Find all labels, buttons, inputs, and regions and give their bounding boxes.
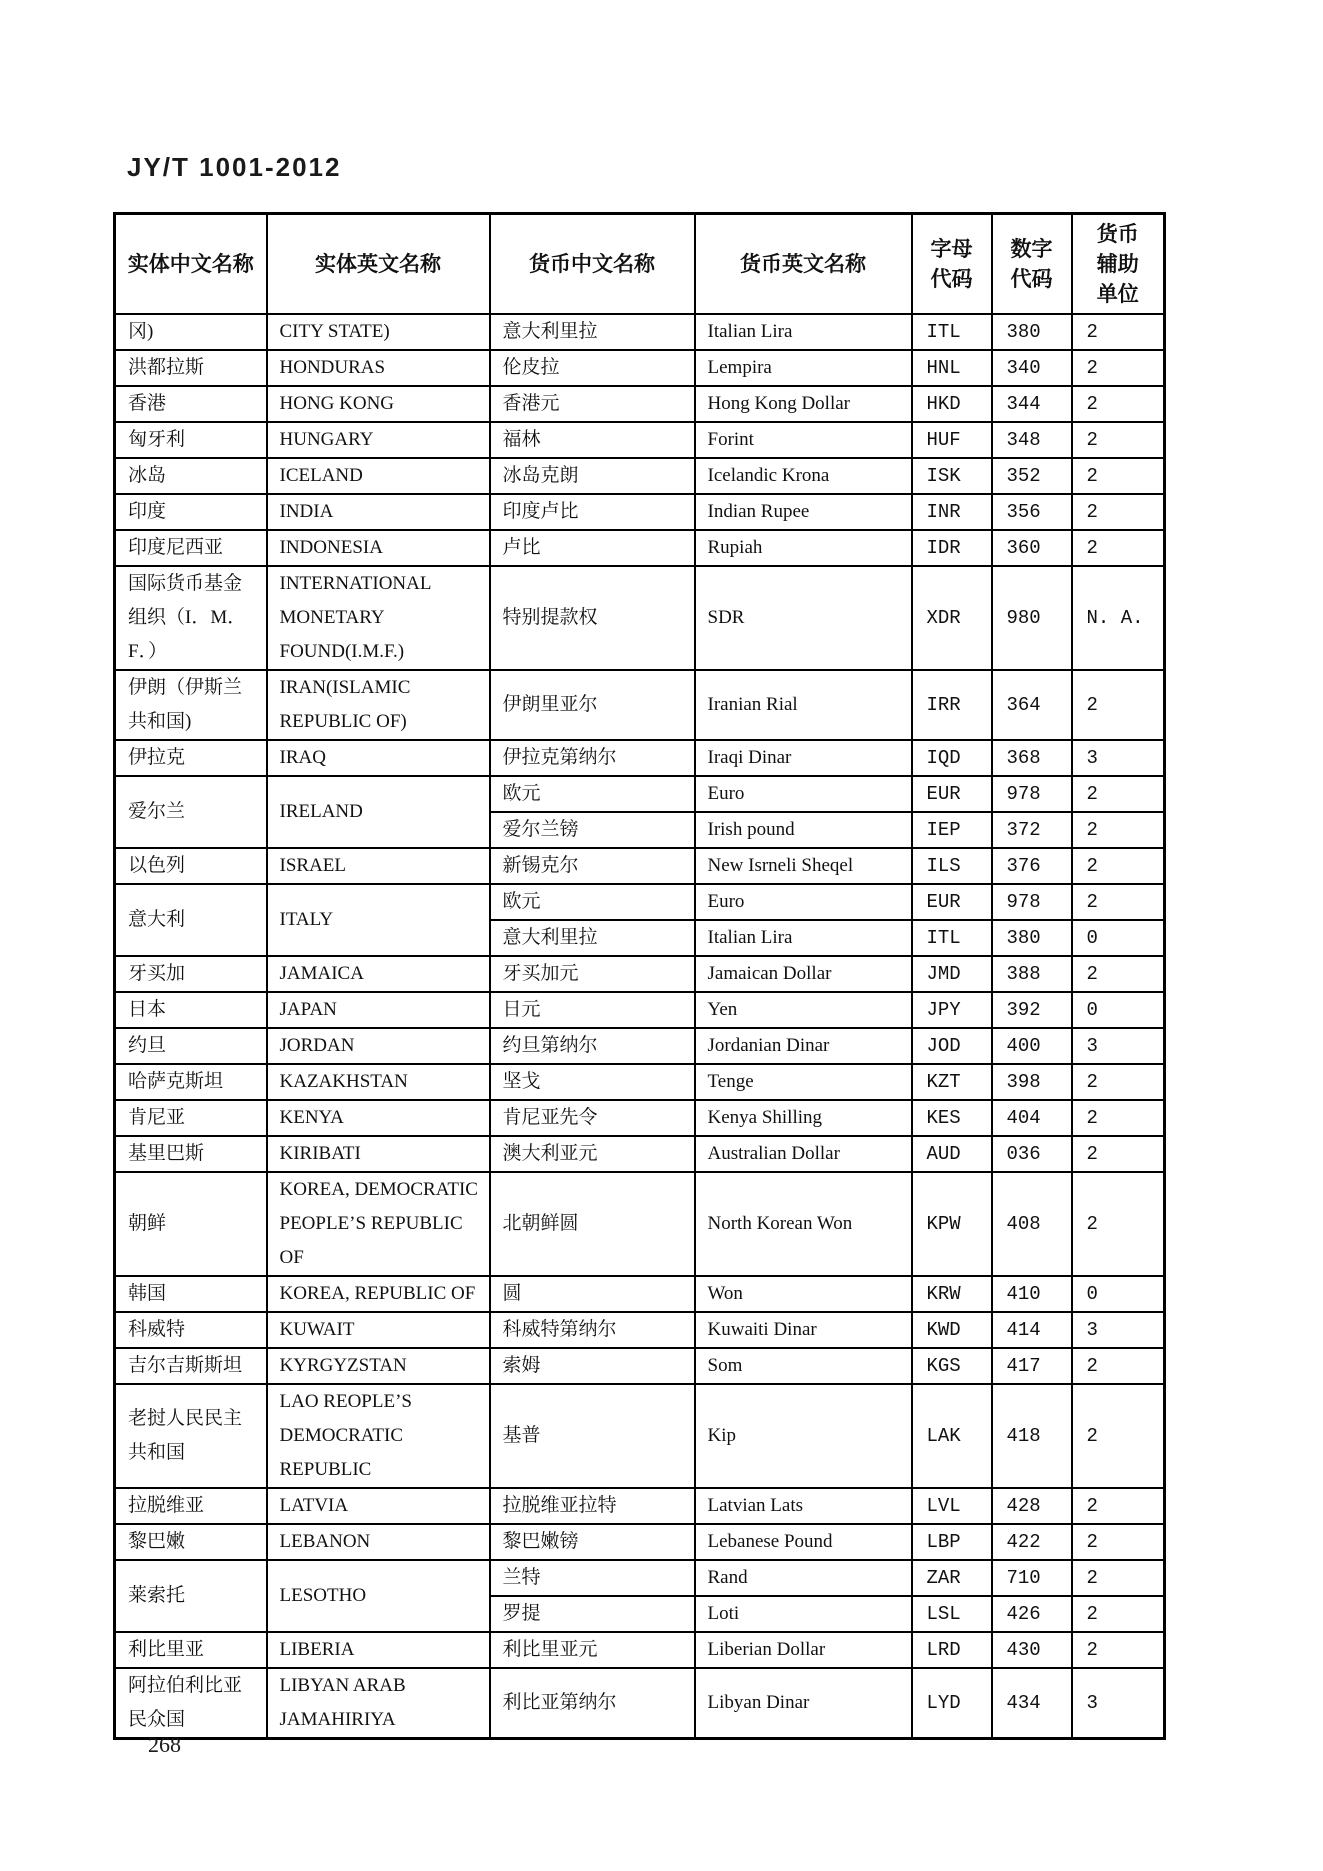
- entity-cn-cell: 约旦: [115, 1028, 267, 1064]
- entity-en-cell: JORDAN: [267, 1028, 490, 1064]
- currency-en-cell: Indian Rupee: [695, 494, 912, 530]
- currency-en-cell: Irish pound: [695, 812, 912, 848]
- currency-en-cell: New Isrneli Sheqel: [695, 848, 912, 884]
- alpha-code-cell: ISK: [912, 458, 992, 494]
- entity-cn-cell: 科威特: [115, 1312, 267, 1348]
- numeric-code-cell: 426: [992, 1596, 1072, 1632]
- alpha-code-cell: IEP: [912, 812, 992, 848]
- table-row: 牙买加JAMAICA牙买加元Jamaican DollarJMD3882: [115, 956, 1165, 992]
- entity-cn-cell: 匈牙利: [115, 422, 267, 458]
- minor-unit-cell: 2: [1072, 1524, 1165, 1560]
- numeric-code-cell: 364: [992, 670, 1072, 740]
- minor-unit-cell: 2: [1072, 530, 1165, 566]
- currency-en-cell: Italian Lira: [695, 314, 912, 350]
- numeric-code-cell: 422: [992, 1524, 1072, 1560]
- alpha-code-cell: LRD: [912, 1632, 992, 1668]
- alpha-code-cell: JPY: [912, 992, 992, 1028]
- entity-cn-cell: 黎巴嫩: [115, 1524, 267, 1560]
- entity-en-cell: ISRAEL: [267, 848, 490, 884]
- numeric-code-cell: 372: [992, 812, 1072, 848]
- numeric-code-cell: 360: [992, 530, 1072, 566]
- numeric-code-cell: 376: [992, 848, 1072, 884]
- page-number: 268: [148, 1732, 181, 1758]
- minor-unit-cell: 3: [1072, 740, 1165, 776]
- table-row: 印度INDIA印度卢比Indian RupeeINR3562: [115, 494, 1165, 530]
- table-row: 伊拉克IRAQ伊拉克第纳尔Iraqi DinarIQD3683: [115, 740, 1165, 776]
- alpha-code-cell: IQD: [912, 740, 992, 776]
- minor-unit-cell: 3: [1072, 1668, 1165, 1739]
- currency-cn-cell: 卢比: [490, 530, 695, 566]
- column-header: 实体英文名称: [267, 214, 490, 315]
- alpha-code-cell: KGS: [912, 1348, 992, 1384]
- currency-cn-cell: 圆: [490, 1276, 695, 1312]
- alpha-code-cell: IRR: [912, 670, 992, 740]
- document-page: JY/T 1001-2012 实体中文名称实体英文名称货币中文名称货币英文名称字…: [0, 0, 1323, 1871]
- table-row: 吉尔吉斯斯坦KYRGYZSTAN索姆SomKGS4172: [115, 1348, 1165, 1384]
- currency-cn-cell: 罗提: [490, 1596, 695, 1632]
- currency-en-cell: Euro: [695, 884, 912, 920]
- numeric-code-cell: 344: [992, 386, 1072, 422]
- currency-en-cell: Yen: [695, 992, 912, 1028]
- table-header-row: 实体中文名称实体英文名称货币中文名称货币英文名称字母 代码数字 代码货币 辅助 …: [115, 214, 1165, 315]
- entity-en-cell: IRELAND: [267, 776, 490, 848]
- currency-cn-cell: 澳大利亚元: [490, 1136, 695, 1172]
- entity-en-cell: KOREA, DEMOCRATIC PEOPLE’S REPUBLIC OF: [267, 1172, 490, 1276]
- entity-cn-cell: 牙买加: [115, 956, 267, 992]
- column-header: 实体中文名称: [115, 214, 267, 315]
- numeric-code-cell: 036: [992, 1136, 1072, 1172]
- doc-code: JY/T 1001-2012: [127, 152, 341, 183]
- table-row: 阿拉伯利比亚 民众国LIBYAN ARAB JAMAHIRIYA利比亚第纳尔Li…: [115, 1668, 1165, 1739]
- alpha-code-cell: KZT: [912, 1064, 992, 1100]
- entity-cn-cell: 哈萨克斯坦: [115, 1064, 267, 1100]
- numeric-code-cell: 978: [992, 776, 1072, 812]
- alpha-code-cell: LBP: [912, 1524, 992, 1560]
- alpha-code-cell: AUD: [912, 1136, 992, 1172]
- alpha-code-cell: EUR: [912, 776, 992, 812]
- numeric-code-cell: 418: [992, 1384, 1072, 1488]
- alpha-code-cell: JOD: [912, 1028, 992, 1064]
- entity-en-cell: LESOTHO: [267, 1560, 490, 1632]
- entity-cn-cell: 印度尼西亚: [115, 530, 267, 566]
- currency-en-cell: Lempira: [695, 350, 912, 386]
- table-row: 约旦JORDAN约旦第纳尔Jordanian DinarJOD4003: [115, 1028, 1165, 1064]
- minor-unit-cell: 2: [1072, 1596, 1165, 1632]
- alpha-code-cell: ILS: [912, 848, 992, 884]
- minor-unit-cell: 2: [1072, 458, 1165, 494]
- column-header: 货币英文名称: [695, 214, 912, 315]
- currency-cn-cell: 伊拉克第纳尔: [490, 740, 695, 776]
- table-row: 朝鲜KOREA, DEMOCRATIC PEOPLE’S REPUBLIC OF…: [115, 1172, 1165, 1276]
- currency-en-cell: Liberian Dollar: [695, 1632, 912, 1668]
- numeric-code-cell: 400: [992, 1028, 1072, 1064]
- currency-en-cell: Loti: [695, 1596, 912, 1632]
- currency-cn-cell: 利比亚第纳尔: [490, 1668, 695, 1739]
- currency-cn-cell: 约旦第纳尔: [490, 1028, 695, 1064]
- currency-cn-cell: 利比里亚元: [490, 1632, 695, 1668]
- minor-unit-cell: 2: [1072, 1172, 1165, 1276]
- currency-cn-cell: 伊朗里亚尔: [490, 670, 695, 740]
- table-row: 匈牙利HUNGARY福林ForintHUF3482: [115, 422, 1165, 458]
- currency-en-cell: Rupiah: [695, 530, 912, 566]
- currency-en-cell: Jordanian Dinar: [695, 1028, 912, 1064]
- entity-cn-cell: 肯尼亚: [115, 1100, 267, 1136]
- entity-cn-cell: 意大利: [115, 884, 267, 956]
- entity-cn-cell: 基里巴斯: [115, 1136, 267, 1172]
- entity-cn-cell: 香港: [115, 386, 267, 422]
- column-header: 货币中文名称: [490, 214, 695, 315]
- currency-cn-cell: 意大利里拉: [490, 314, 695, 350]
- minor-unit-cell: 2: [1072, 1100, 1165, 1136]
- currency-en-cell: Hong Kong Dollar: [695, 386, 912, 422]
- minor-unit-cell: 2: [1072, 1488, 1165, 1524]
- table-row: 印度尼西亚INDONESIA卢比RupiahIDR3602: [115, 530, 1165, 566]
- column-header: 货币 辅助 单位: [1072, 214, 1165, 315]
- entity-cn-cell: 冈): [115, 314, 267, 350]
- table-row: 香港HONG KONG香港元Hong Kong DollarHKD3442: [115, 386, 1165, 422]
- table-row: 黎巴嫩LEBANON黎巴嫩镑Lebanese PoundLBP4222: [115, 1524, 1165, 1560]
- numeric-code-cell: 392: [992, 992, 1072, 1028]
- entity-cn-cell: 洪都拉斯: [115, 350, 267, 386]
- alpha-code-cell: XDR: [912, 566, 992, 670]
- entity-en-cell: KENYA: [267, 1100, 490, 1136]
- currency-en-cell: Forint: [695, 422, 912, 458]
- entity-en-cell: KOREA, REPUBLIC OF: [267, 1276, 490, 1312]
- entity-cn-cell: 印度: [115, 494, 267, 530]
- alpha-code-cell: HNL: [912, 350, 992, 386]
- table-row: 爱尔兰IRELAND欧元EuroEUR9782: [115, 776, 1165, 812]
- currency-en-cell: Iranian Rial: [695, 670, 912, 740]
- currency-cn-cell: 伦皮拉: [490, 350, 695, 386]
- currency-en-cell: Icelandic Krona: [695, 458, 912, 494]
- entity-en-cell: LATVIA: [267, 1488, 490, 1524]
- numeric-code-cell: 368: [992, 740, 1072, 776]
- entity-en-cell: CITY STATE): [267, 314, 490, 350]
- minor-unit-cell: N. A.: [1072, 566, 1165, 670]
- alpha-code-cell: KWD: [912, 1312, 992, 1348]
- minor-unit-cell: 3: [1072, 1312, 1165, 1348]
- table-row: 利比里亚LIBERIA利比里亚元Liberian DollarLRD4302: [115, 1632, 1165, 1668]
- currency-en-cell: Kenya Shilling: [695, 1100, 912, 1136]
- currency-cn-cell: 索姆: [490, 1348, 695, 1384]
- numeric-code-cell: 710: [992, 1560, 1072, 1596]
- currency-en-cell: Tenge: [695, 1064, 912, 1100]
- currency-en-cell: Jamaican Dollar: [695, 956, 912, 992]
- entity-en-cell: KUWAIT: [267, 1312, 490, 1348]
- currency-cn-cell: 北朝鲜圆: [490, 1172, 695, 1276]
- numeric-code-cell: 410: [992, 1276, 1072, 1312]
- currency-en-cell: Rand: [695, 1560, 912, 1596]
- numeric-code-cell: 398: [992, 1064, 1072, 1100]
- minor-unit-cell: 2: [1072, 956, 1165, 992]
- entity-en-cell: HONG KONG: [267, 386, 490, 422]
- entity-cn-cell: 朝鲜: [115, 1172, 267, 1276]
- minor-unit-cell: 0: [1072, 992, 1165, 1028]
- minor-unit-cell: 2: [1072, 314, 1165, 350]
- currency-en-cell: Kuwaiti Dinar: [695, 1312, 912, 1348]
- numeric-code-cell: 340: [992, 350, 1072, 386]
- minor-unit-cell: 2: [1072, 1348, 1165, 1384]
- currency-cn-cell: 基普: [490, 1384, 695, 1488]
- entity-cn-cell: 国际货币基金 组织（I．M． F．）: [115, 566, 267, 670]
- entity-cn-cell: 莱索托: [115, 1560, 267, 1632]
- table-row: 基里巴斯KIRIBATI澳大利亚元Australian DollarAUD036…: [115, 1136, 1165, 1172]
- numeric-code-cell: 980: [992, 566, 1072, 670]
- entity-en-cell: JAPAN: [267, 992, 490, 1028]
- entity-cn-cell: 韩国: [115, 1276, 267, 1312]
- currency-cn-cell: 特别提款权: [490, 566, 695, 670]
- currency-en-cell: Italian Lira: [695, 920, 912, 956]
- table-row: 冈)CITY STATE)意大利里拉Italian LiraITL3802: [115, 314, 1165, 350]
- entity-en-cell: INTERNATIONAL MONETARY FOUND(I.M.F.): [267, 566, 490, 670]
- numeric-code-cell: 380: [992, 314, 1072, 350]
- table-row: 韩国KOREA, REPUBLIC OF圆WonKRW4100: [115, 1276, 1165, 1312]
- minor-unit-cell: 2: [1072, 1560, 1165, 1596]
- entity-en-cell: IRAN(ISLAMIC REPUBLIC OF): [267, 670, 490, 740]
- alpha-code-cell: LYD: [912, 1668, 992, 1739]
- entity-en-cell: LIBYAN ARAB JAMAHIRIYA: [267, 1668, 490, 1739]
- minor-unit-cell: 2: [1072, 386, 1165, 422]
- numeric-code-cell: 380: [992, 920, 1072, 956]
- currency-en-cell: Euro: [695, 776, 912, 812]
- alpha-code-cell: KES: [912, 1100, 992, 1136]
- entity-cn-cell: 以色列: [115, 848, 267, 884]
- entity-cn-cell: 老挝人民民主 共和国: [115, 1384, 267, 1488]
- entity-en-cell: KYRGYZSTAN: [267, 1348, 490, 1384]
- entity-en-cell: HONDURAS: [267, 350, 490, 386]
- alpha-code-cell: ZAR: [912, 1560, 992, 1596]
- minor-unit-cell: 2: [1072, 670, 1165, 740]
- entity-en-cell: ITALY: [267, 884, 490, 956]
- entity-en-cell: INDIA: [267, 494, 490, 530]
- alpha-code-cell: LAK: [912, 1384, 992, 1488]
- entity-en-cell: INDONESIA: [267, 530, 490, 566]
- currency-en-cell: Iraqi Dinar: [695, 740, 912, 776]
- entity-en-cell: LEBANON: [267, 1524, 490, 1560]
- alpha-code-cell: LVL: [912, 1488, 992, 1524]
- numeric-code-cell: 414: [992, 1312, 1072, 1348]
- currency-cn-cell: 福林: [490, 422, 695, 458]
- currency-cn-cell: 肯尼亚先令: [490, 1100, 695, 1136]
- numeric-code-cell: 430: [992, 1632, 1072, 1668]
- column-header: 数字 代码: [992, 214, 1072, 315]
- table-row: 以色列ISRAEL新锡克尔New Isrneli SheqelILS3762: [115, 848, 1165, 884]
- alpha-code-cell: ITL: [912, 920, 992, 956]
- alpha-code-cell: KPW: [912, 1172, 992, 1276]
- minor-unit-cell: 2: [1072, 422, 1165, 458]
- alpha-code-cell: LSL: [912, 1596, 992, 1632]
- minor-unit-cell: 0: [1072, 1276, 1165, 1312]
- currency-cn-cell: 牙买加元: [490, 956, 695, 992]
- entity-en-cell: LAO REOPLE’S DEMOCRATIC REPUBLIC: [267, 1384, 490, 1488]
- currency-cn-cell: 日元: [490, 992, 695, 1028]
- numeric-code-cell: 352: [992, 458, 1072, 494]
- minor-unit-cell: 2: [1072, 884, 1165, 920]
- alpha-code-cell: INR: [912, 494, 992, 530]
- entity-cn-cell: 吉尔吉斯斯坦: [115, 1348, 267, 1384]
- entity-en-cell: ICELAND: [267, 458, 490, 494]
- numeric-code-cell: 408: [992, 1172, 1072, 1276]
- entity-cn-cell: 拉脱维亚: [115, 1488, 267, 1524]
- alpha-code-cell: KRW: [912, 1276, 992, 1312]
- currency-en-cell: Kip: [695, 1384, 912, 1488]
- minor-unit-cell: 2: [1072, 1136, 1165, 1172]
- currency-en-cell: Libyan Dinar: [695, 1668, 912, 1739]
- minor-unit-cell: 2: [1072, 1632, 1165, 1668]
- currency-cn-cell: 拉脱维亚拉特: [490, 1488, 695, 1524]
- alpha-code-cell: JMD: [912, 956, 992, 992]
- entity-cn-cell: 日本: [115, 992, 267, 1028]
- table-row: 老挝人民民主 共和国LAO REOPLE’S DEMOCRATIC REPUBL…: [115, 1384, 1165, 1488]
- entity-en-cell: HUNGARY: [267, 422, 490, 458]
- table-row: 拉脱维亚LATVIA拉脱维亚拉特Latvian LatsLVL4282: [115, 1488, 1165, 1524]
- currency-cn-cell: 兰特: [490, 1560, 695, 1596]
- minor-unit-cell: 3: [1072, 1028, 1165, 1064]
- table-row: 洪都拉斯HONDURAS伦皮拉LempiraHNL3402: [115, 350, 1165, 386]
- entity-cn-cell: 冰岛: [115, 458, 267, 494]
- alpha-code-cell: HUF: [912, 422, 992, 458]
- minor-unit-cell: 2: [1072, 350, 1165, 386]
- table-row: 伊朗（伊斯兰 共和国)IRAN(ISLAMIC REPUBLIC OF)伊朗里亚…: [115, 670, 1165, 740]
- numeric-code-cell: 404: [992, 1100, 1072, 1136]
- alpha-code-cell: HKD: [912, 386, 992, 422]
- alpha-code-cell: IDR: [912, 530, 992, 566]
- table-row: 日本JAPAN日元YenJPY3920: [115, 992, 1165, 1028]
- table-row: 莱索托LESOTHO兰特RandZAR7102: [115, 1560, 1165, 1596]
- minor-unit-cell: 2: [1072, 1064, 1165, 1100]
- currency-cn-cell: 新锡克尔: [490, 848, 695, 884]
- numeric-code-cell: 978: [992, 884, 1072, 920]
- currency-en-cell: Won: [695, 1276, 912, 1312]
- numeric-code-cell: 428: [992, 1488, 1072, 1524]
- minor-unit-cell: 2: [1072, 494, 1165, 530]
- entity-en-cell: JAMAICA: [267, 956, 490, 992]
- currency-cn-cell: 意大利里拉: [490, 920, 695, 956]
- currency-cn-cell: 科威特第纳尔: [490, 1312, 695, 1348]
- entity-en-cell: KIRIBATI: [267, 1136, 490, 1172]
- entity-cn-cell: 爱尔兰: [115, 776, 267, 848]
- currency-cn-cell: 冰岛克朗: [490, 458, 695, 494]
- table-row: 冰岛ICELAND冰岛克朗Icelandic KronaISK3522: [115, 458, 1165, 494]
- minor-unit-cell: 2: [1072, 1384, 1165, 1488]
- currency-en-cell: SDR: [695, 566, 912, 670]
- currency-cn-cell: 黎巴嫩镑: [490, 1524, 695, 1560]
- table-row: 意大利ITALY欧元EuroEUR9782: [115, 884, 1165, 920]
- currency-cn-cell: 欧元: [490, 776, 695, 812]
- currency-cn-cell: 坚戈: [490, 1064, 695, 1100]
- minor-unit-cell: 2: [1072, 776, 1165, 812]
- entity-cn-cell: 利比里亚: [115, 1632, 267, 1668]
- alpha-code-cell: EUR: [912, 884, 992, 920]
- currency-cn-cell: 欧元: [490, 884, 695, 920]
- currency-en-cell: Latvian Lats: [695, 1488, 912, 1524]
- table-row: 国际货币基金 组织（I．M． F．）INTERNATIONAL MONETARY…: [115, 566, 1165, 670]
- table-row: 哈萨克斯坦KAZAKHSTAN坚戈TengeKZT3982: [115, 1064, 1165, 1100]
- currency-en-cell: Australian Dollar: [695, 1136, 912, 1172]
- entity-cn-cell: 伊拉克: [115, 740, 267, 776]
- minor-unit-cell: 0: [1072, 920, 1165, 956]
- column-header: 字母 代码: [912, 214, 992, 315]
- entity-cn-cell: 阿拉伯利比亚 民众国: [115, 1668, 267, 1739]
- currency-en-cell: Som: [695, 1348, 912, 1384]
- currency-code-table: 实体中文名称实体英文名称货币中文名称货币英文名称字母 代码数字 代码货币 辅助 …: [113, 212, 1166, 1740]
- currency-en-cell: North Korean Won: [695, 1172, 912, 1276]
- currency-cn-cell: 香港元: [490, 386, 695, 422]
- minor-unit-cell: 2: [1072, 812, 1165, 848]
- entity-cn-cell: 伊朗（伊斯兰 共和国): [115, 670, 267, 740]
- entity-en-cell: KAZAKHSTAN: [267, 1064, 490, 1100]
- numeric-code-cell: 388: [992, 956, 1072, 992]
- numeric-code-cell: 356: [992, 494, 1072, 530]
- numeric-code-cell: 348: [992, 422, 1072, 458]
- currency-cn-cell: 爱尔兰镑: [490, 812, 695, 848]
- alpha-code-cell: ITL: [912, 314, 992, 350]
- numeric-code-cell: 434: [992, 1668, 1072, 1739]
- table-row: 肯尼亚KENYA肯尼亚先令Kenya ShillingKES4042: [115, 1100, 1165, 1136]
- entity-en-cell: LIBERIA: [267, 1632, 490, 1668]
- currency-cn-cell: 印度卢比: [490, 494, 695, 530]
- numeric-code-cell: 417: [992, 1348, 1072, 1384]
- table-row: 科威特KUWAIT科威特第纳尔Kuwaiti DinarKWD4143: [115, 1312, 1165, 1348]
- entity-en-cell: IRAQ: [267, 740, 490, 776]
- currency-en-cell: Lebanese Pound: [695, 1524, 912, 1560]
- minor-unit-cell: 2: [1072, 848, 1165, 884]
